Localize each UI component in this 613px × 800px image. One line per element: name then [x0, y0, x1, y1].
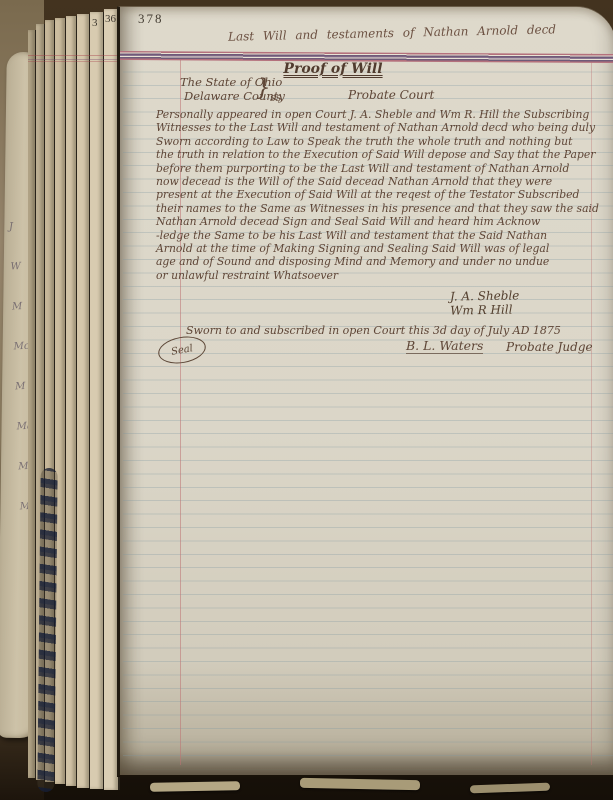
- manuscript-line: -ledge the Same to be his Last Will and …: [156, 229, 599, 242]
- manuscript-line: Witnesses to the Last Will and testament…: [156, 121, 599, 134]
- ledger-book-photo: J W M Mc M May M Me 3 36 378 Last Will a…: [0, 0, 613, 800]
- attestation-line: Sworn to and subscribed in open Court th…: [186, 324, 561, 337]
- manuscript-line: now decead is the Will of the Said decea…: [156, 175, 599, 188]
- bottom-page-fragment: [150, 781, 240, 792]
- page-number: 378: [138, 11, 164, 27]
- underlying-ruled-band: [28, 55, 118, 62]
- underlying-page-number: 3: [92, 17, 98, 29]
- witness-signatures: J. A. Sheble Wm R Hill: [450, 289, 520, 317]
- manuscript-line: before them purporting to be the Last Wi…: [156, 162, 599, 175]
- manuscript-line: Nathan Arnold decead Sign and Seal Said …: [156, 215, 599, 228]
- ink-blotched-page-edge: [37, 468, 57, 792]
- manuscript-line: Personally appeared in open Court J. A. …: [156, 108, 599, 121]
- manuscript-line: the truth in relation to the Execution o…: [156, 148, 599, 161]
- manuscript-line: Sworn according to Law to Speak the trut…: [156, 135, 599, 148]
- manuscript-line: Arnold at the time of Making Signing and…: [156, 242, 599, 255]
- jurat-brace: }: [256, 75, 271, 101]
- underlying-page-number: 36: [105, 13, 116, 25]
- manuscript-line: or unlawful restraint Whatsoever: [156, 269, 599, 282]
- seal-label: Seal: [170, 343, 194, 358]
- page-edge-strip: [77, 14, 91, 788]
- jurat-ss: ss: [270, 91, 281, 104]
- ledger-page: 378 Last Will and testaments of Nathan A…: [117, 6, 613, 777]
- seal-mark: Seal: [156, 333, 208, 367]
- manuscript-body: Personally appeared in open Court J. A. …: [156, 108, 599, 282]
- manuscript-line: their names to the Same as Witnesses in …: [156, 202, 599, 215]
- bottom-page-fragment: [470, 783, 550, 794]
- judge-title: Probate Judge: [506, 340, 593, 354]
- manuscript-line: age and of Sound and disposing Mind and …: [156, 255, 599, 268]
- court-label: Probate Court: [348, 88, 434, 102]
- running-header: Last Will and testaments of Nathan Arnol…: [228, 22, 556, 43]
- page-edge-strip: [90, 12, 105, 789]
- manuscript-line: present at the Execution of Said Will at…: [156, 188, 599, 201]
- witness-signature: Wm R Hill: [450, 303, 520, 318]
- judge-signature: B. L. Waters: [406, 338, 483, 354]
- bottom-page-fragment: [300, 778, 420, 791]
